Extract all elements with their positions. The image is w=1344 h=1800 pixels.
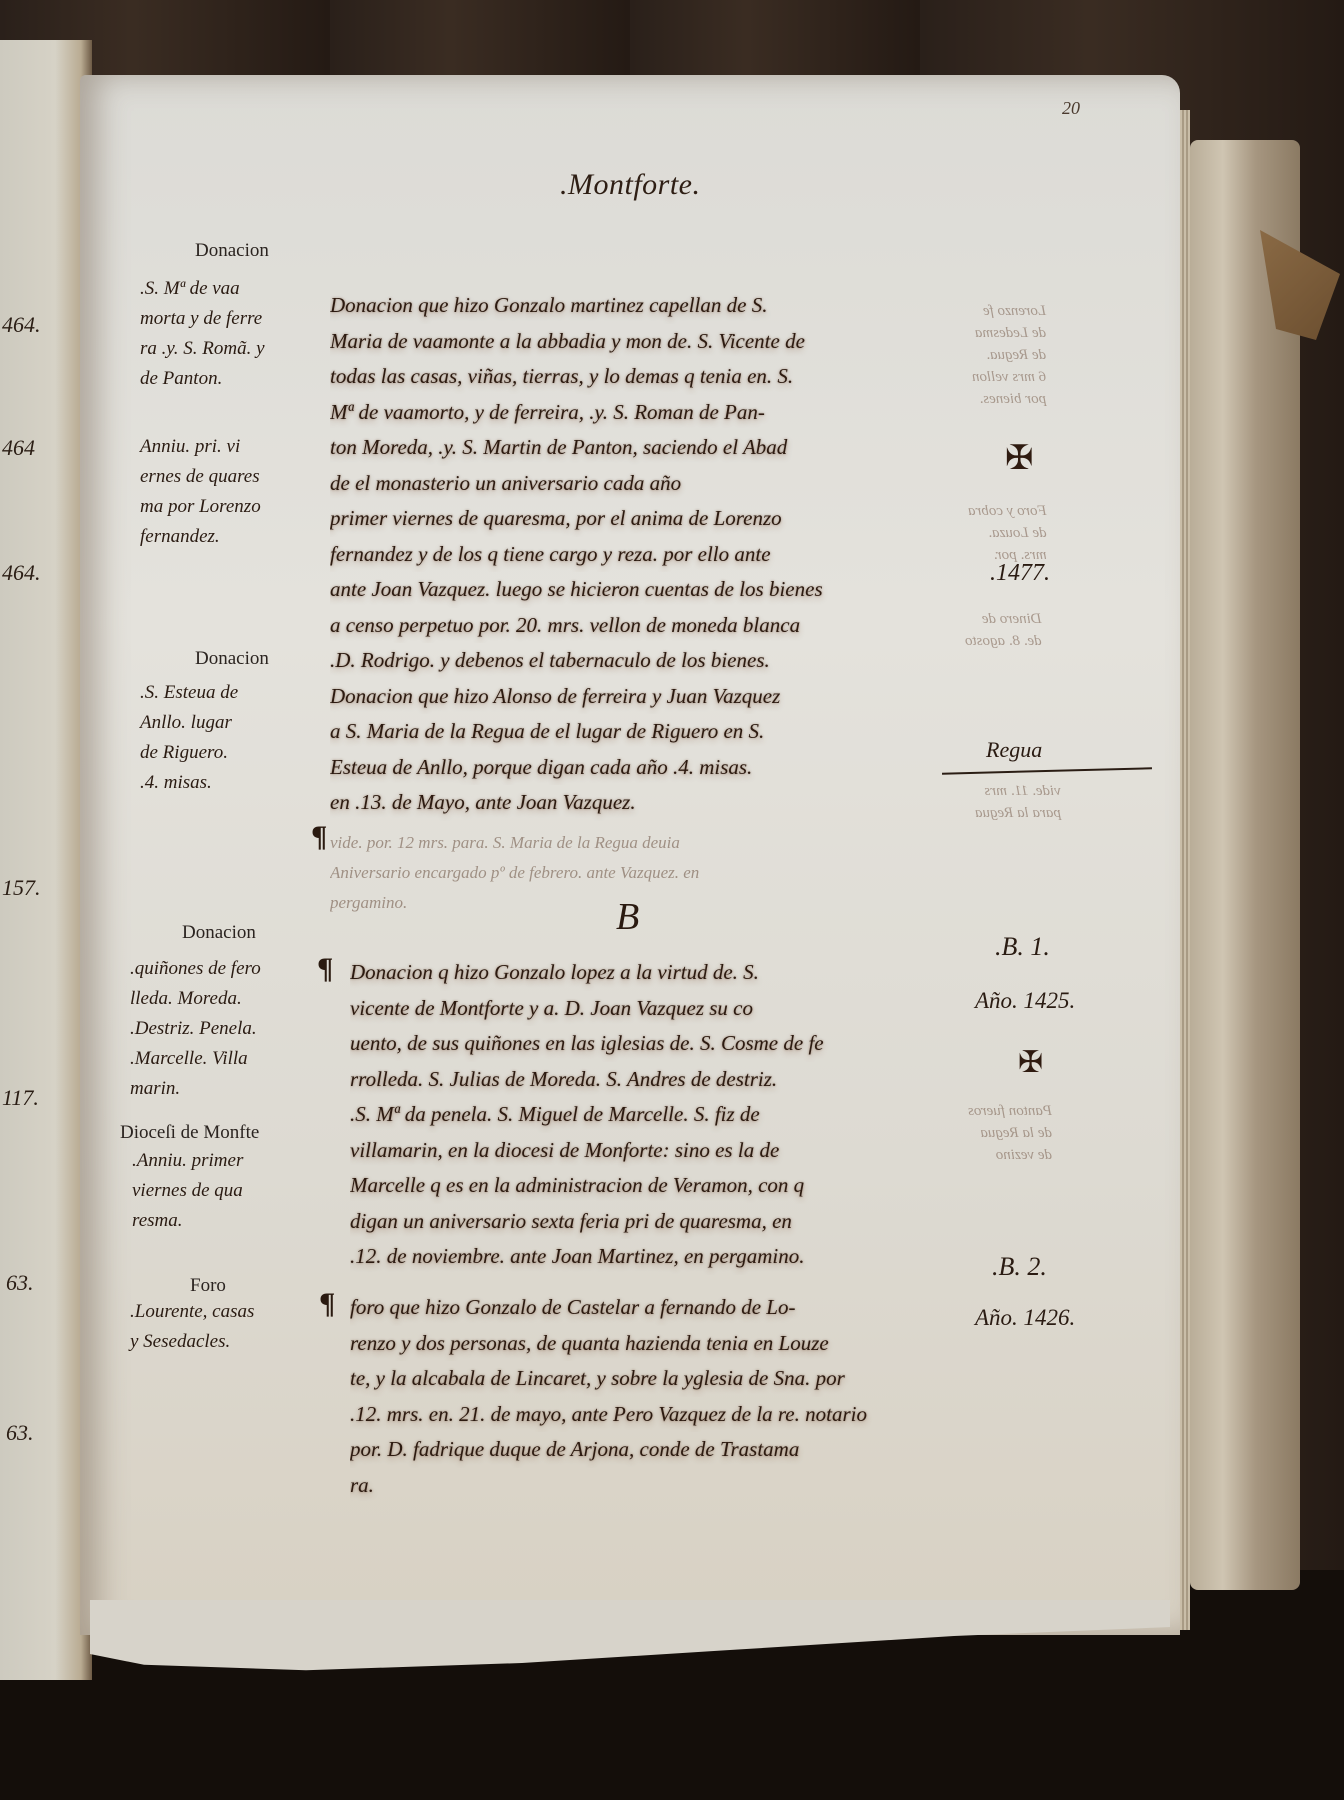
bleed-through-line: vide. por. 12 mrs. para. S. Maria de la … — [330, 828, 960, 858]
right-margin-faded-notes: Dinero de de. 8. agosto — [965, 608, 1042, 652]
regua-label: Regua — [986, 737, 1042, 763]
cross-pattee-icon: ✠ — [1005, 438, 1034, 478]
margin-line: Anniu. pri. vi — [140, 432, 315, 462]
text-line: uento, de sus quiñones en las iglesias d… — [350, 1026, 980, 1062]
b2-year: Año. 1426. — [975, 1305, 1075, 1331]
margin-heading: Donacion — [195, 240, 315, 262]
left-page-number: 63. — [6, 1420, 34, 1446]
b1-label: .B. 1. — [995, 932, 1050, 962]
previous-page-edge: 464. 464 464. 157. 117. 63. 63. — [0, 40, 92, 1680]
right-margin-faded-notes: vide. 11. mrs para la Regua — [975, 780, 1061, 824]
margin-line: .Destriz. Penela. — [130, 1014, 305, 1044]
margin-line: .quiñones de fero — [130, 954, 305, 984]
right-margin-faded-notes: Foro y cobra de Louza. mrs. por. — [968, 500, 1047, 566]
faded-note: vide. 11. mrs — [975, 780, 1061, 802]
margin-line: .4. misas. — [140, 768, 315, 798]
paragraph-mark: ¶ — [318, 952, 333, 986]
faded-note: de. 8. agosto — [965, 630, 1042, 652]
margin-heading: Donacion — [195, 648, 315, 670]
text-line: por. D. fadrique duque de Arjona, conde … — [350, 1432, 980, 1468]
margin-line: .S. Esteua de — [140, 678, 315, 708]
margin-line: Anllo. lugar — [140, 708, 315, 738]
bleed-through-line: Aniversario encargado pº de febrero. ant… — [330, 858, 960, 888]
section-letter-b: B — [616, 895, 639, 939]
margin-note-donacion-1: Donacion .S. Mª de vaa morta y de ferre … — [140, 240, 315, 394]
text-line: .12. de noviembre. ante Joan Martinez, e… — [350, 1239, 980, 1275]
faded-note: Lorenzo fe — [972, 300, 1046, 322]
text-line: vicente de Montforte y a. D. Joan Vazque… — [350, 991, 980, 1027]
bleed-through-line: pergamino. — [330, 888, 960, 918]
paragraph-mark: ¶ — [320, 1287, 335, 1321]
margin-line: .Anniu. primer — [132, 1146, 295, 1176]
margin-line: marin. — [130, 1074, 305, 1104]
faded-note: de Regua. — [972, 344, 1046, 366]
text-line: Donacion que hizo Gonzalo martinez capel… — [330, 288, 960, 324]
folio-number: 20 — [1062, 98, 1080, 119]
left-page-number: 464 — [2, 435, 35, 461]
margin-line: viernes de qua — [132, 1176, 295, 1206]
text-line: en .13. de Mayo, ante Joan Vazquez. — [330, 785, 960, 821]
right-margin-faded-notes: Lorenzo fe de Ledesma de Regua. 6 mrs ve… — [972, 300, 1046, 410]
margin-heading: Donacion — [182, 922, 305, 944]
text-line: Maria de vaamonte a la abbadia y mon de.… — [330, 324, 960, 360]
margin-note-aniversario: Anniu. pri. vi ernes de quares ma por Lo… — [140, 432, 315, 552]
margin-note-donacion-2: Donacion .S. Esteua de Anllo. lugar de R… — [140, 648, 315, 798]
left-page-number: 464. — [2, 312, 41, 338]
text-line: foro que hizo Gonzalo de Castelar a fern… — [350, 1290, 980, 1326]
margin-line: de Riguero. — [140, 738, 315, 768]
faded-note: Panton fueros — [968, 1100, 1052, 1122]
text-line: Esteua de Anllo, porque digan cada año .… — [330, 750, 960, 786]
bleed-through-text: vide. por. 12 mrs. para. S. Maria de la … — [330, 828, 960, 918]
cross-pattee-icon: ✠ — [1018, 1045, 1043, 1080]
text-line: fernandez y de los q tiene cargo y reza.… — [330, 537, 960, 573]
text-line: Donacion que hizo Alonso de ferreira y J… — [330, 679, 960, 715]
left-page-number: 63. — [6, 1270, 34, 1296]
margin-heading: Dioceſi de Monfte — [120, 1122, 295, 1144]
margin-line: y Sesedacles. — [130, 1327, 305, 1357]
text-line: a S. Maria de la Regua de el lugar de Ri… — [330, 714, 960, 750]
text-section-b: Donacion q hizo Gonzalo lopez a la virtu… — [350, 955, 980, 1275]
faded-note: Dinero de — [965, 608, 1042, 630]
text-line: ra. — [350, 1468, 980, 1504]
margin-line: ernes de quares — [140, 462, 315, 492]
text-line: villamarin, en la diocesi de Monforte: s… — [350, 1133, 980, 1169]
text-line: primer viernes de quaresma, por el anima… — [330, 501, 960, 537]
text-line: Mª de vaamorto, y de ferreira, .y. S. Ro… — [330, 395, 960, 431]
margin-line: fernandez. — [140, 522, 315, 552]
margin-line: de Panton. — [140, 364, 315, 394]
text-line: .D. Rodrigo. y debenos el tabernaculo de… — [330, 643, 960, 679]
b2-label: .B. 2. — [992, 1252, 1047, 1282]
text-line: a censo perpetuo por. 20. mrs. vellon de… — [330, 608, 960, 644]
text-line: .12. mrs. en. 21. de mayo, ante Pero Vaz… — [350, 1397, 980, 1433]
text-line: Marcelle q es en la administracion de Ve… — [350, 1168, 980, 1204]
text-line: de el monasterio un aniversario cada año — [330, 466, 960, 502]
margin-line: .Lourente, casas — [130, 1297, 305, 1327]
margin-note-donacion-3: Donacion .quiñones de fero lleda. Moreda… — [130, 922, 305, 1104]
text-line: ton Moreda, .y. S. Martin de Panton, sac… — [330, 430, 960, 466]
right-margin-faded-notes: Panton fueros de la Regua de vezino — [968, 1100, 1052, 1166]
text-line: .S. Mª da penela. S. Miguel de Marcelle.… — [350, 1097, 980, 1133]
text-section-c: foro que hizo Gonzalo de Castelar a fern… — [350, 1290, 980, 1503]
margin-line: ma por Lorenzo — [140, 492, 315, 522]
margin-line: resma. — [132, 1206, 295, 1236]
text-line: renzo y dos personas, de quanta hazienda… — [350, 1326, 980, 1362]
margin-heading: Foro — [190, 1275, 305, 1297]
faded-note: por bienes. — [972, 388, 1046, 410]
text-line: ante Joan Vazquez. luego se hicieron cue… — [330, 572, 960, 608]
text-line: Donacion q hizo Gonzalo lopez a la virtu… — [350, 955, 980, 991]
margin-line: .Marcelle. Villa — [130, 1044, 305, 1074]
left-page-number: 157. — [2, 875, 41, 901]
text-section-a: Donacion que hizo Gonzalo martinez capel… — [330, 288, 960, 821]
faded-note: 6 mrs vellon — [972, 366, 1046, 388]
text-line: digan un aniversario sexta feria pri de … — [350, 1204, 980, 1240]
left-page-number: 464. — [2, 560, 41, 586]
text-line: todas las casas, viñas, tierras, y lo de… — [330, 359, 960, 395]
margin-note-foro: Foro .Lourente, casas y Sesedacles. — [130, 1275, 305, 1357]
margin-line: .S. Mª de vaa — [140, 274, 315, 304]
faded-note: de Louza. — [968, 522, 1047, 544]
book-binding — [1190, 140, 1300, 1590]
faded-note: para la Regua — [975, 802, 1061, 824]
margin-line: ra .y. S. Romã. y — [140, 334, 315, 364]
paragraph-mark: ¶ — [312, 820, 327, 854]
margin-line: lleda. Moreda. — [130, 984, 305, 1014]
faded-note: de la Regua — [968, 1122, 1052, 1144]
year-1477: .1477. — [990, 560, 1050, 587]
left-page-number: 117. — [2, 1085, 39, 1111]
page-title: .Montforte. — [560, 168, 701, 202]
margin-line: morta y de ferre — [140, 304, 315, 334]
margin-note-diocesi: Dioceſi de Monfte .Anniu. primer viernes… — [120, 1122, 295, 1236]
b1-year: Año. 1425. — [975, 988, 1075, 1014]
faded-note: Foro y cobra — [968, 500, 1047, 522]
faded-note: de vezino — [968, 1144, 1052, 1166]
text-line: rrolleda. S. Julias de Moreda. S. Andres… — [350, 1062, 980, 1098]
text-line: te, y la alcabala de Lincaret, y sobre l… — [350, 1361, 980, 1397]
faded-note: de Ledesma — [972, 322, 1046, 344]
